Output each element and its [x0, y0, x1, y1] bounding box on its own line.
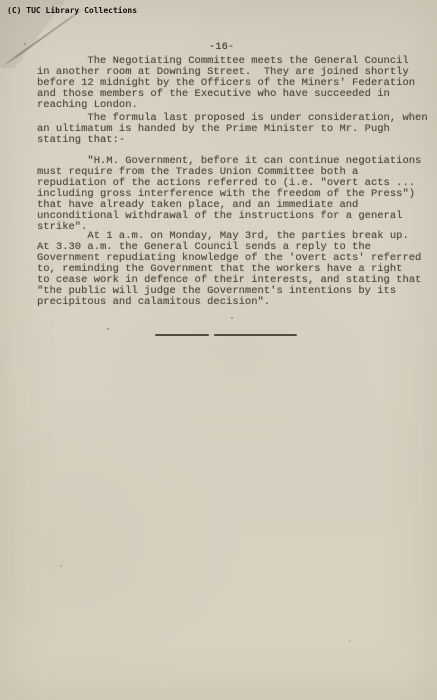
- paper-speck: [24, 43, 26, 45]
- text-line: unconditional withdrawal of the instruct…: [37, 211, 433, 222]
- page-number: -16-: [209, 41, 234, 53]
- paragraph-parties-break-up: At 1 a.m. on Monday, May 3rd, the partie…: [37, 231, 433, 308]
- text-line: precipitous and calamitous decision".: [37, 297, 433, 308]
- rule-segment: [214, 334, 297, 336]
- paper-speck: [60, 565, 62, 567]
- library-watermark: (C) TUC Library Collections: [7, 6, 137, 15]
- paragraph-negotiating-committee: The Negotiating Committee meets the Gene…: [37, 56, 433, 111]
- text-line: stating that:-: [37, 135, 433, 146]
- rule-segment: [155, 334, 209, 336]
- paragraph-hm-government-quote: "H.M. Government, before it can continue…: [37, 156, 433, 233]
- paper-speck: [349, 640, 351, 642]
- scanned-document-page: (C) TUC Library Collections -16- The Neg…: [0, 0, 437, 700]
- text-line: reaching London.: [37, 100, 433, 111]
- paragraph-formula-ultimatum: The formula last proposed is under consi…: [37, 113, 433, 146]
- paper-speck: [107, 328, 109, 330]
- paper-speck: [231, 317, 233, 319]
- closing-rule: [155, 334, 300, 336]
